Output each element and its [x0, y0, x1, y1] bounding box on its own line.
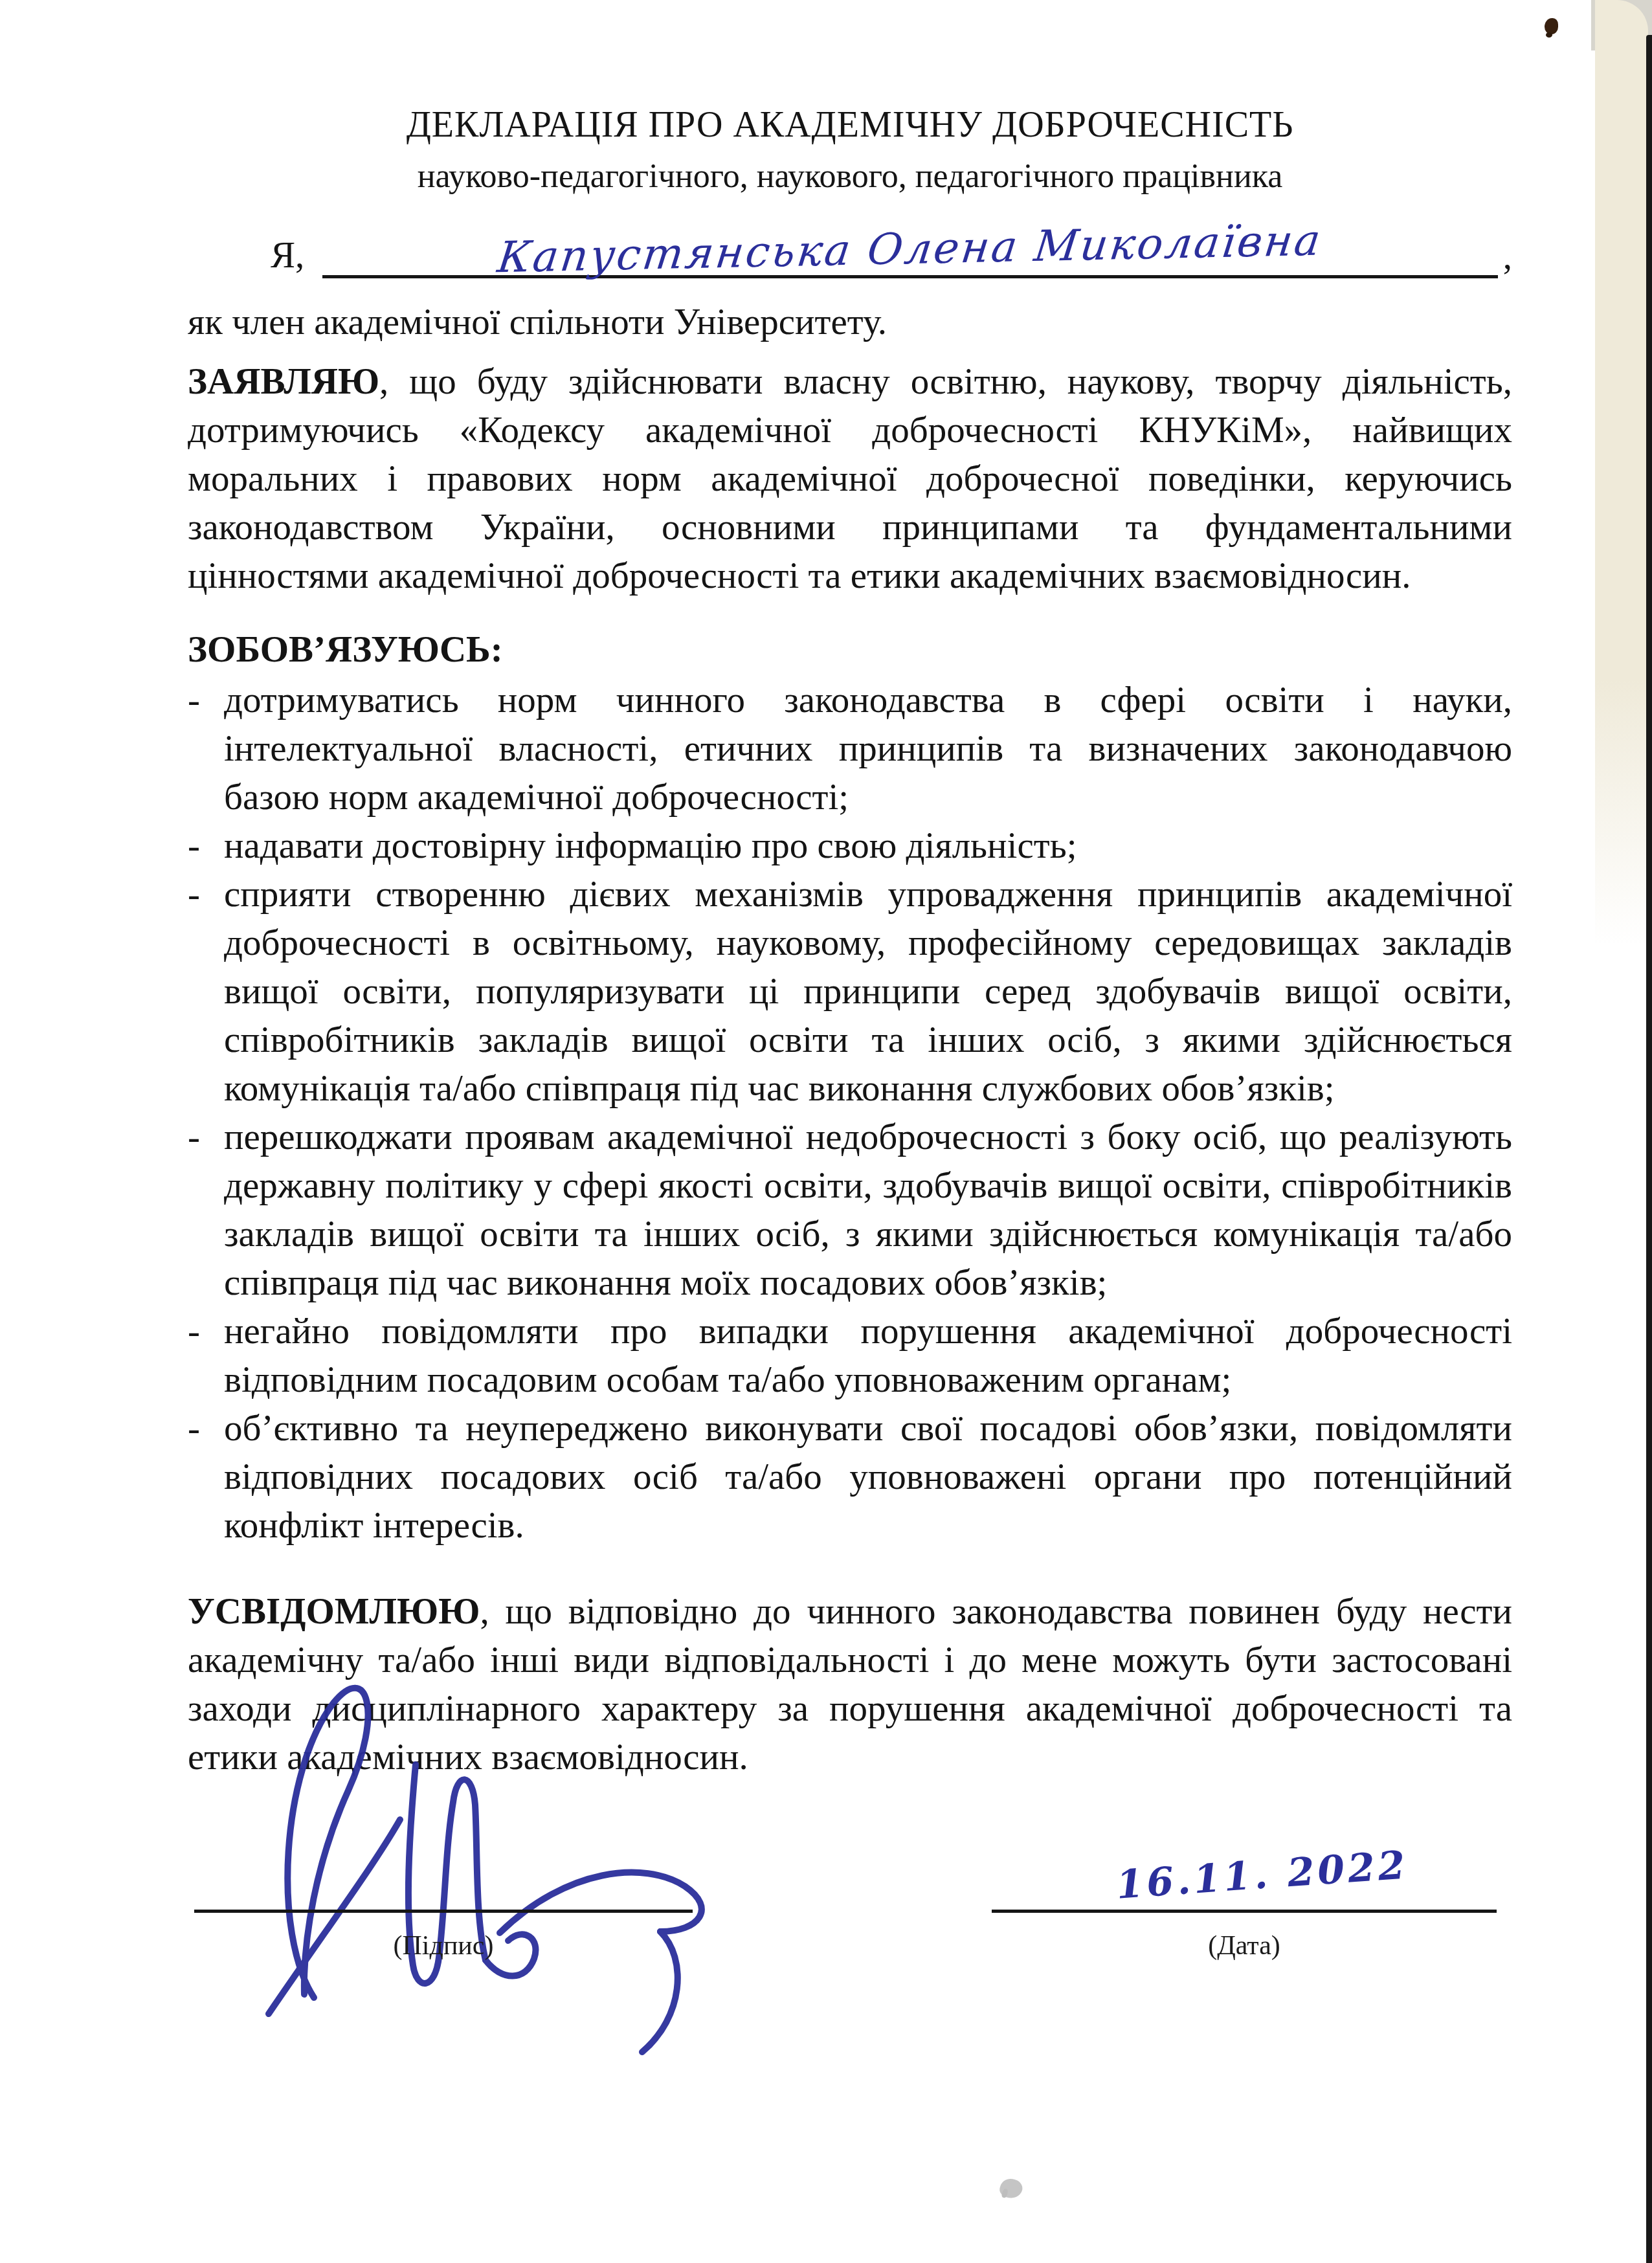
obligation-item: - сприяти створенню дієвих механізмів уп… [188, 870, 1512, 1113]
signature-line [194, 1910, 693, 1913]
declarant-name-underline: Капустянська Олена Миколаївна [322, 224, 1497, 278]
bullet-dash: - [188, 821, 200, 870]
obligation-item: - дотримуватись норм чинного законодавст… [188, 676, 1512, 821]
obligation-text: об’єктивно та неупереджено виконувати св… [224, 1408, 1512, 1546]
statement-paragraph: ЗАЯВЛЯЮ, що буду здійснювати власну осві… [188, 357, 1512, 600]
signature-caption: (Підпис) [194, 1930, 693, 1961]
obligations-heading: ЗОБОВ’ЯЗУЮСЬ: [188, 625, 1512, 674]
date-caption: (Дата) [992, 1930, 1497, 1961]
document-subtitle: науково-педагогічного, наукового, педаго… [188, 157, 1512, 197]
obligation-item: - перешкоджати проявам академічної недоб… [188, 1113, 1512, 1307]
bullet-dash: - [188, 870, 200, 919]
date-handwritten: 16.11. 2022 [1034, 1837, 1490, 1914]
bullet-dash: - [188, 1113, 200, 1161]
gray-smudge-artifact [998, 2176, 1025, 2201]
obligation-text: перешкоджати проявам академічної недобро… [224, 1117, 1512, 1303]
bullet-dash: - [188, 1307, 200, 1355]
obligation-text: негайно повідомляти про випадки порушенн… [224, 1311, 1512, 1400]
declarant-line: Я, Капустянська Олена Миколаївна , [188, 224, 1512, 278]
declarant-name-handwritten: Капустянська Олена Миколаївна [495, 216, 1325, 283]
scanner-edge-strip [1646, 35, 1652, 2263]
obligation-text: сприяти створенню дієвих механізмів упро… [224, 874, 1512, 1109]
bullet-dash: - [188, 1404, 200, 1453]
scanned-declaration-page: ДЕКЛАРАЦІЯ ПРО АКАДЕМІЧНУ ДОБРОЧЕСНІСТЬ … [0, 0, 1652, 2263]
obligation-item: - об’єктивно та неупереджено виконувати … [188, 1404, 1512, 1550]
bullet-dash: - [188, 676, 200, 724]
pronoun-label: Я, [271, 233, 304, 278]
obligations-list: - дотримуватись норм чинного законодавст… [188, 676, 1512, 1550]
statement-lead: ЗАЯВЛЯЮ [188, 361, 379, 402]
obligation-text: дотримуватись норм чинного законодавства… [224, 680, 1512, 818]
page-edge-cream-band [1595, 0, 1648, 945]
trailing-comma: , [1503, 236, 1512, 278]
obligation-item: - надавати достовірну інформацію про сво… [188, 821, 1512, 870]
document-title: ДЕКЛАРАЦІЯ ПРО АКАДЕМІЧНУ ДОБРОЧЕСНІСТЬ [188, 102, 1512, 148]
awareness-lead: УСВІДОМЛЮЮ [188, 1591, 480, 1632]
statement-text: , що буду здійснювати власну освітню, на… [188, 361, 1512, 596]
handwritten-signature [207, 1655, 725, 2075]
obligation-text: надавати достовірну інформацію про свою … [224, 825, 1077, 866]
membership-line: як член академічної спільноти Університе… [188, 298, 1512, 346]
ink-speck-artifact [1545, 18, 1558, 34]
obligation-item: - негайно повідомляти про випадки поруше… [188, 1307, 1512, 1404]
